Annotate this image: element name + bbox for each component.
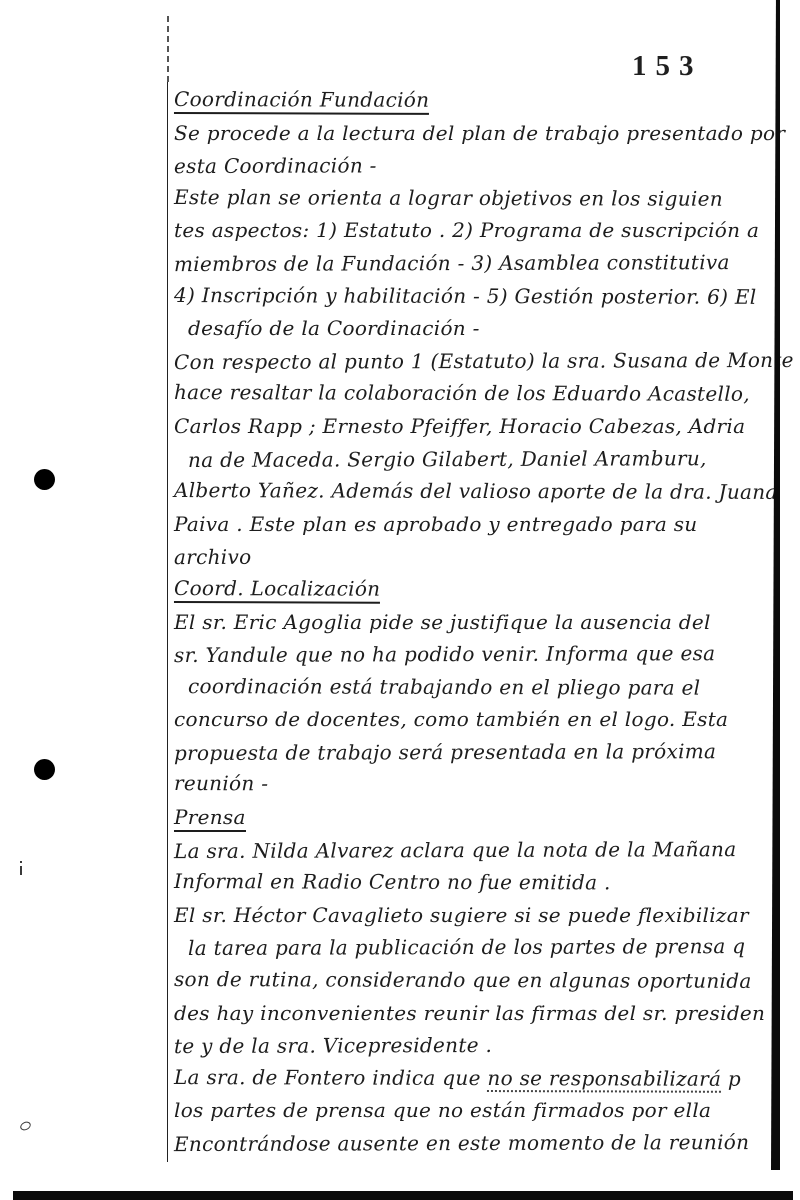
manuscript-line: miembros de la Fundación - 3) Asamblea c…: [174, 246, 784, 281]
margin-rule-dashed: [167, 16, 169, 82]
manuscript-line: reunión -: [174, 768, 784, 803]
underlined-phrase: no se responsabilizará: [487, 1066, 721, 1093]
pen-mark: [20, 866, 22, 875]
manuscript-text: Coordinación FundaciónSe procede a la le…: [174, 84, 784, 1160]
section-heading: Prensa: [174, 801, 784, 834]
pen-mark: [19, 1120, 32, 1132]
manuscript-line: propuesta de trabajo será presentada en …: [174, 735, 784, 770]
margin-rule: [167, 82, 168, 1162]
manuscript-line: Con respecto al punto 1 (Estatuto) la sr…: [174, 344, 784, 379]
manuscript-line: El sr. Eric Agoglia pide se justifique l…: [174, 606, 784, 639]
manuscript-line: 4) Inscripción y habilitación - 5) Gesti…: [174, 279, 784, 314]
manuscript-line: na de Maceda. Sergio Gilabert, Daniel Ar…: [174, 441, 784, 476]
manuscript-line: La sra. de Fontero indica que no se resp…: [174, 1061, 784, 1096]
manuscript-line: La sra. Nilda Alvarez aclara que la nota…: [174, 833, 784, 868]
manuscript-line: Paiva . Este plan es aprobado y entregad…: [174, 508, 784, 541]
page-number: 153: [632, 50, 703, 83]
scanned-page: 153 Coordinación FundaciónSe procede a l…: [0, 0, 800, 1200]
manuscript-line: tes aspectos: 1) Estatuto . 2) Programa …: [174, 214, 784, 247]
manuscript-line: hace resaltar la colaboración de los Edu…: [174, 376, 784, 411]
manuscript-line: coordinación está trabajando en el plieg…: [174, 670, 784, 705]
manuscript-line: des hay inconvenientes reunir las firmas…: [174, 997, 784, 1030]
manuscript-line: Se procede a la lectura del plan de trab…: [174, 117, 784, 150]
manuscript-line: sr. Yandule que no ha podido venir. Info…: [174, 637, 784, 672]
manuscript-line: la tarea para la publicación de los part…: [174, 930, 784, 965]
section-heading: Coord. Localización: [174, 572, 784, 607]
section-heading: Coordinación Fundación: [174, 83, 784, 118]
manuscript-line: archivo: [174, 539, 784, 574]
manuscript-line: desafío de la Coordinación -: [174, 312, 784, 345]
manuscript-line: son de rutina, considerando que en algun…: [174, 963, 784, 998]
manuscript-line: los partes de prensa que no están firmad…: [174, 1094, 784, 1127]
manuscript-line: te y de la sra. Vicepresidente .: [174, 1028, 784, 1063]
punch-hole-bottom: [34, 759, 55, 780]
manuscript-line: Encontrándose ausente en este momento de…: [174, 1126, 784, 1161]
manuscript-line: El sr. Héctor Cavaglieto sugiere si se p…: [174, 899, 784, 932]
manuscript-line: Informal en Radio Centro no fue emitida …: [174, 865, 784, 900]
manuscript-line: Este plan se orienta a lograr objetivos …: [174, 181, 784, 216]
scan-edge-bottom: [13, 1191, 793, 1200]
manuscript-line: Carlos Rapp ; Ernesto Pfeiffer, Horacio …: [174, 410, 784, 443]
punch-hole-top: [34, 469, 55, 490]
manuscript-line: Alberto Yañez. Además del valioso aporte…: [174, 474, 784, 509]
manuscript-line: concurso de docentes, como también en el…: [174, 703, 784, 736]
manuscript-line: esta Coordinación -: [174, 148, 784, 183]
